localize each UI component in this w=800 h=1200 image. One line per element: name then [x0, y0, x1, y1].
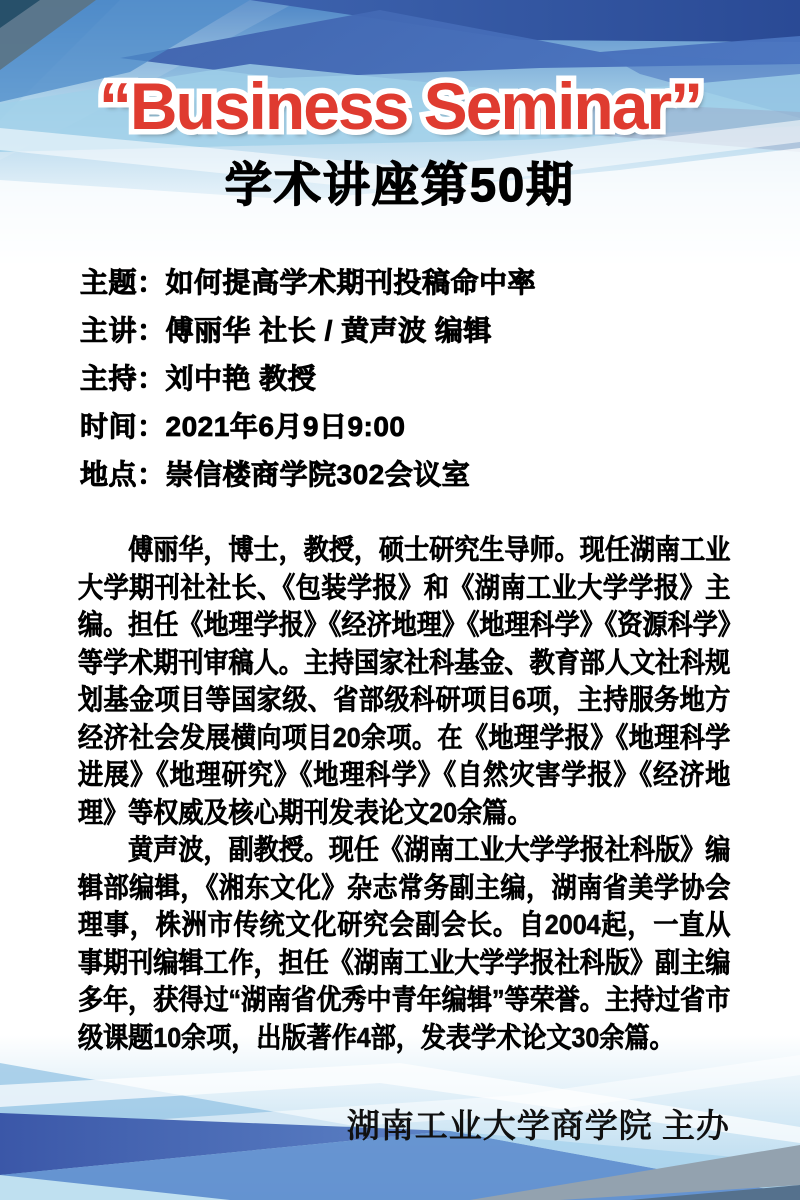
info-colon: ： [137, 315, 166, 346]
info-line-topic: 主题：如何提高学术期刊投稿命中率 [80, 259, 536, 307]
info-colon: ： [137, 459, 166, 490]
info-value: 傅丽华 社长 / 黄声波 编辑 [166, 315, 492, 346]
page-title-text: “Business Seminar” [0, 70, 800, 143]
info-label: 主讲 [80, 315, 137, 346]
info-value: 2021年6月9日9:00 [166, 411, 406, 442]
info-line-time: 时间：2021年6月9日9:00 [80, 403, 536, 451]
page-title-english: “Business Seminar” “Business Seminar” [0, 70, 800, 150]
seminar-poster: “Business Seminar” “Business Seminar” 学术… [0, 0, 800, 1200]
info-line-location: 地点：崇信楼商学院302会议室 [80, 451, 536, 499]
info-colon: ： [137, 267, 166, 298]
info-label: 时间 [80, 411, 137, 442]
info-label: 主题 [80, 267, 137, 298]
bio-paragraph-fulihua: 傅丽华，博士，教授，硕士研究生导师。现任湖南工业大学期刊社社长、《包装学报》和《… [78, 531, 730, 831]
info-value: 崇信楼商学院302会议室 [166, 459, 471, 490]
info-line-host: 主持：刘中艳 教授 [80, 355, 536, 403]
organizer-footer: 湖南工业大学商学院 主办 [0, 1100, 730, 1147]
speaker-biographies: 傅丽华，博士，教授，硕士研究生导师。现任湖南工业大学期刊社社长、《包装学报》和《… [78, 531, 730, 1056]
info-colon: ： [137, 363, 166, 394]
info-colon: ： [137, 411, 166, 442]
info-label: 地点 [80, 459, 137, 490]
page-title-chinese: 学术讲座第50期 [0, 157, 800, 213]
info-label: 主持 [80, 363, 137, 394]
bio-paragraph-huangshengbo: 黄声波，副教授。现任《湖南工业大学学报社科版》编辑部编辑，《湘东文化》杂志常务副… [78, 831, 730, 1056]
seminar-info-list: 主题：如何提高学术期刊投稿命中率 主讲：傅丽华 社长 / 黄声波 编辑 主持：刘… [80, 259, 536, 499]
info-value: 刘中艳 教授 [166, 363, 317, 394]
info-line-speakers: 主讲：傅丽华 社长 / 黄声波 编辑 [80, 307, 536, 355]
info-value: 如何提高学术期刊投稿命中率 [166, 267, 537, 298]
